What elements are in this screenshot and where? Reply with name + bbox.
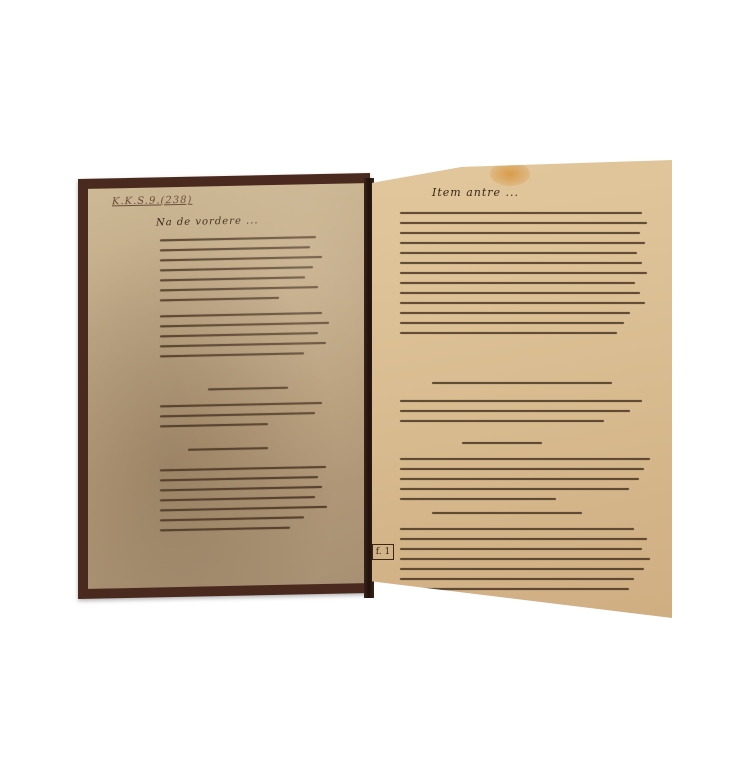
right-page: Item antre ... (372, 160, 672, 618)
handwriting-block (432, 382, 612, 392)
handwriting-block (160, 312, 340, 366)
left-page-heading: Na de vordere ... (156, 215, 259, 228)
stain (490, 162, 530, 186)
handwriting-block (160, 402, 340, 436)
open-manuscript: K.K.S.9.(238) Na de vordere ... (0, 0, 750, 780)
handwriting-block (400, 458, 660, 508)
folio-marker: f. 1 (372, 544, 394, 560)
handwriting-block (432, 512, 582, 522)
right-page-heading: Item antre ... (432, 186, 519, 199)
left-page: K.K.S.9.(238) Na de vordere ... (88, 183, 366, 589)
handwriting-block (188, 447, 268, 459)
handwriting-block (400, 212, 655, 342)
handwriting-block (400, 528, 660, 598)
handwriting-block (462, 442, 542, 452)
handwriting-block (400, 400, 655, 430)
shelfmark: K.K.S.9.(238) (112, 195, 192, 208)
handwriting-block (160, 236, 330, 310)
handwriting-block (160, 466, 340, 540)
handwriting-block (208, 387, 288, 399)
